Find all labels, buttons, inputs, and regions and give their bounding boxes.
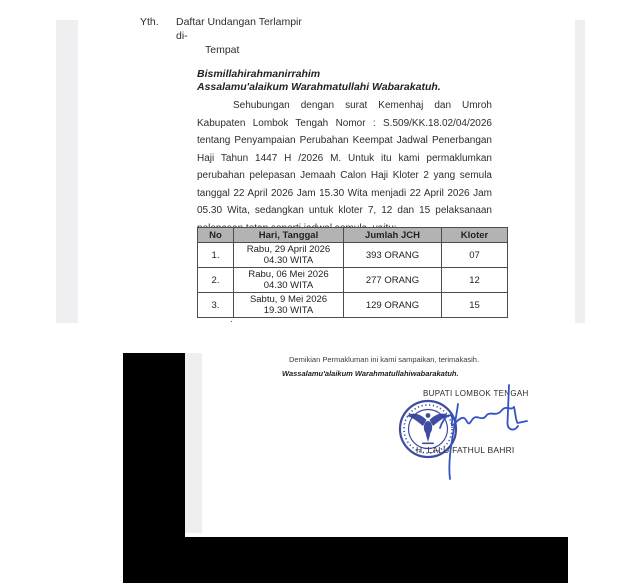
- recipient-yth-label: Yth.: [140, 15, 159, 29]
- scan-strip-left: [56, 20, 78, 323]
- cell-date: Rabu, 29 April 202604.30 WITA: [234, 243, 344, 268]
- departure-schedule-table: No Hari, Tanggal Jumlah JCH Kloter 1. Ra…: [197, 227, 508, 318]
- recipient-place: Tempat: [205, 43, 239, 57]
- scan-strip-middle: [185, 353, 202, 533]
- table-header-row: No Hari, Tanggal Jumlah JCH Kloter: [198, 228, 508, 243]
- cell-jumlah: 393 ORANG: [344, 243, 442, 268]
- cell-date: Sabtu, 9 Mei 202619.30 WITA: [234, 293, 344, 318]
- cell-no: 1.: [198, 243, 234, 268]
- table-row: 1. Rabu, 29 April 202604.30 WITA 393 ORA…: [198, 243, 508, 268]
- scan-strip-right: [575, 20, 585, 323]
- table-row: 3. Sabtu, 9 Mei 202619.30 WITA 129 ORANG…: [198, 293, 508, 318]
- cell-jumlah: 277 ORANG: [344, 268, 442, 293]
- date-line1: Rabu, 06 Mei 2026: [248, 269, 328, 280]
- cell-jumlah: 129 ORANG: [344, 293, 442, 318]
- assalamualaikum-line: Assalamu'alaikum Warahmatullahi Wabaraka…: [197, 80, 441, 94]
- stray-scan-mark: .: [230, 314, 233, 325]
- cell-kloter: 12: [442, 268, 508, 293]
- cell-kloter: 15: [442, 293, 508, 318]
- scanned-letter-page: { "letter": { "recipient": { "yth": "Yth…: [0, 0, 640, 588]
- header-hari-tanggal: Hari, Tanggal: [234, 228, 344, 243]
- header-kloter: Kloter: [442, 228, 508, 243]
- cell-no: 3.: [198, 293, 234, 318]
- table-row: 2. Rabu, 06 Mei 202604.30 WITA 277 ORANG…: [198, 268, 508, 293]
- cell-kloter: 07: [442, 243, 508, 268]
- header-jumlah-jch: Jumlah JCH: [344, 228, 442, 243]
- cell-date: Rabu, 06 Mei 202604.30 WITA: [234, 268, 344, 293]
- date-line1: Sabtu, 9 Mei 2026: [250, 294, 327, 305]
- redaction-block-bottom: [123, 537, 568, 583]
- letter-body-paragraph: Sehubungan dengan surat Kemenhaj dan Umr…: [197, 97, 492, 237]
- header-no: No: [198, 228, 234, 243]
- date-line1: Rabu, 29 April 2026: [247, 244, 330, 255]
- closing-wassalam: Wassalamu'alaikum Warahmatullahiwabaraka…: [282, 369, 459, 378]
- recipient-name: Daftar Undangan Terlampir: [176, 15, 302, 29]
- bismillah-line: Bismillahirahmanirrahim: [197, 67, 320, 81]
- date-line2: 04.30 WITA: [264, 255, 313, 266]
- date-line2: 04.30 WITA: [264, 280, 313, 291]
- handwritten-signature: [420, 382, 540, 487]
- cell-no: 2.: [198, 268, 234, 293]
- date-line2: 19.30 WITA: [264, 305, 313, 316]
- recipient-di: di-: [176, 29, 188, 43]
- closing-remark: Demikian Permakluman ini kami sampaikan,…: [289, 355, 479, 364]
